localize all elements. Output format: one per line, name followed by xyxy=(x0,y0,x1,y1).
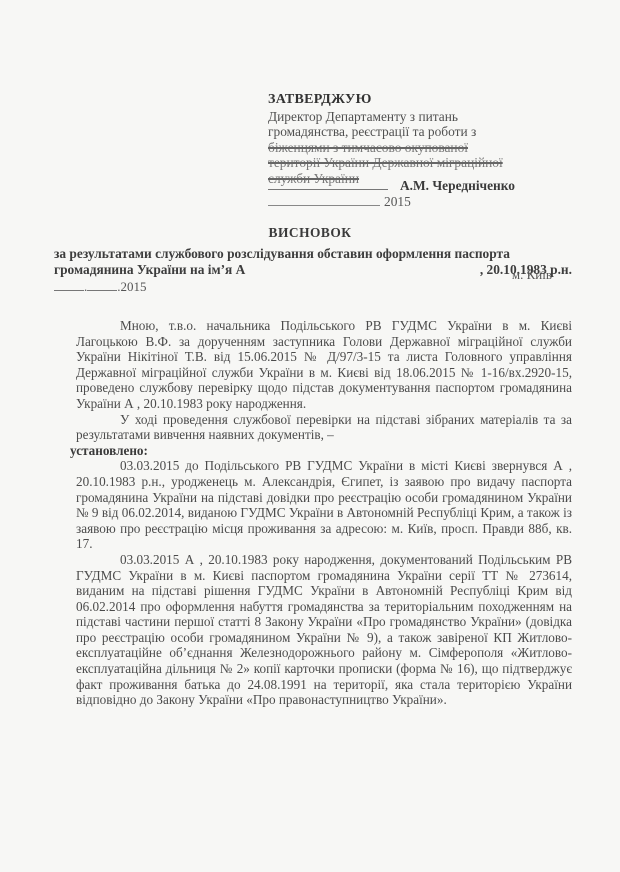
signature-line xyxy=(268,189,388,190)
approval-line: території України Державної міграційної xyxy=(268,155,568,171)
approval-date-row: 2015 xyxy=(268,194,468,210)
paragraph: 03.03.2015 до Подільського РВ ГУДМС Укра… xyxy=(76,458,572,552)
document-heading: ВИСНОВОК xyxy=(0,225,620,241)
signature-row: А.М. Чередніченко xyxy=(268,178,568,194)
paragraph: Мною, т.в.о. начальника Подільського РВ … xyxy=(76,318,572,412)
subheading-line-1: за результатами службового розслідування… xyxy=(54,246,572,262)
document-page: ЗАТВЕРДЖУЮ Директор Департаменту з питан… xyxy=(0,0,620,872)
document-body: Мною, т.в.о. начальника Подільського РВ … xyxy=(76,318,572,708)
subheading-line-2: громадянина України на ім’я А , 20.10.19… xyxy=(54,262,572,278)
signatory-name: А.М. Чередніченко xyxy=(400,178,515,194)
day-blank xyxy=(54,280,84,291)
established-label: установлено: xyxy=(70,443,572,459)
document-city: м. Київ xyxy=(512,267,552,283)
paragraph: У ході проведення службової перевірки на… xyxy=(76,412,572,443)
approval-block: ЗАТВЕРДЖУЮ Директор Департаменту з питан… xyxy=(268,92,568,186)
paragraph: 03.03.2015 А , 20.10.1983 року народженн… xyxy=(76,552,572,708)
approval-line: громадянства, реєстрації та роботи з xyxy=(268,124,568,140)
document-date: ..2015 xyxy=(54,279,147,295)
subheading-name: громадянина України на ім’я А xyxy=(54,262,245,277)
approval-line: біженцями з тимчасово окупованої xyxy=(268,140,568,156)
approval-line: Директор Департаменту з питань xyxy=(268,109,568,125)
date-blank-line xyxy=(268,205,380,206)
month-blank xyxy=(87,280,117,291)
approval-title: ЗАТВЕРДЖУЮ xyxy=(268,92,568,108)
approval-year: 2015 xyxy=(384,194,411,210)
